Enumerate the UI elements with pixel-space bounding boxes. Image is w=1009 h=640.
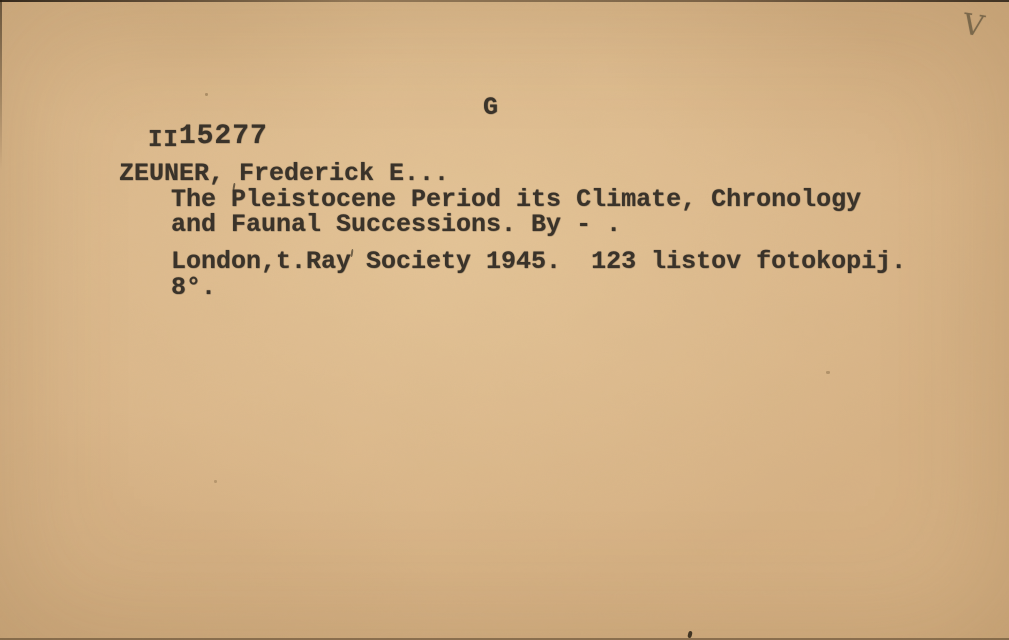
paper-speck (826, 371, 830, 374)
paper-speck (214, 480, 217, 483)
imprint-line: London,t.Ray Society 1945. 123 listov fo… (171, 249, 906, 274)
scan-edge-top (0, 0, 1009, 2)
format-line: 8°. (171, 275, 216, 300)
title-line-2: and Faunal Successions. By - . (171, 212, 621, 237)
scan-edge-left (0, 0, 2, 170)
call-number-prefix: II (148, 128, 179, 153)
title-line-1: The Pleistocene Period its Climate, Chro… (171, 187, 861, 212)
catalog-card: II15277 G ZEUNER, Frederick E... The Ple… (0, 0, 1009, 640)
section-letter: G (483, 95, 498, 120)
pencil-check-mark: V (963, 6, 984, 44)
call-number-digits: 15277 (179, 124, 268, 149)
author-line: ZEUNER, Frederick E... (119, 161, 449, 186)
paper-speck (205, 93, 208, 96)
paper-grain-texture (0, 0, 1009, 640)
